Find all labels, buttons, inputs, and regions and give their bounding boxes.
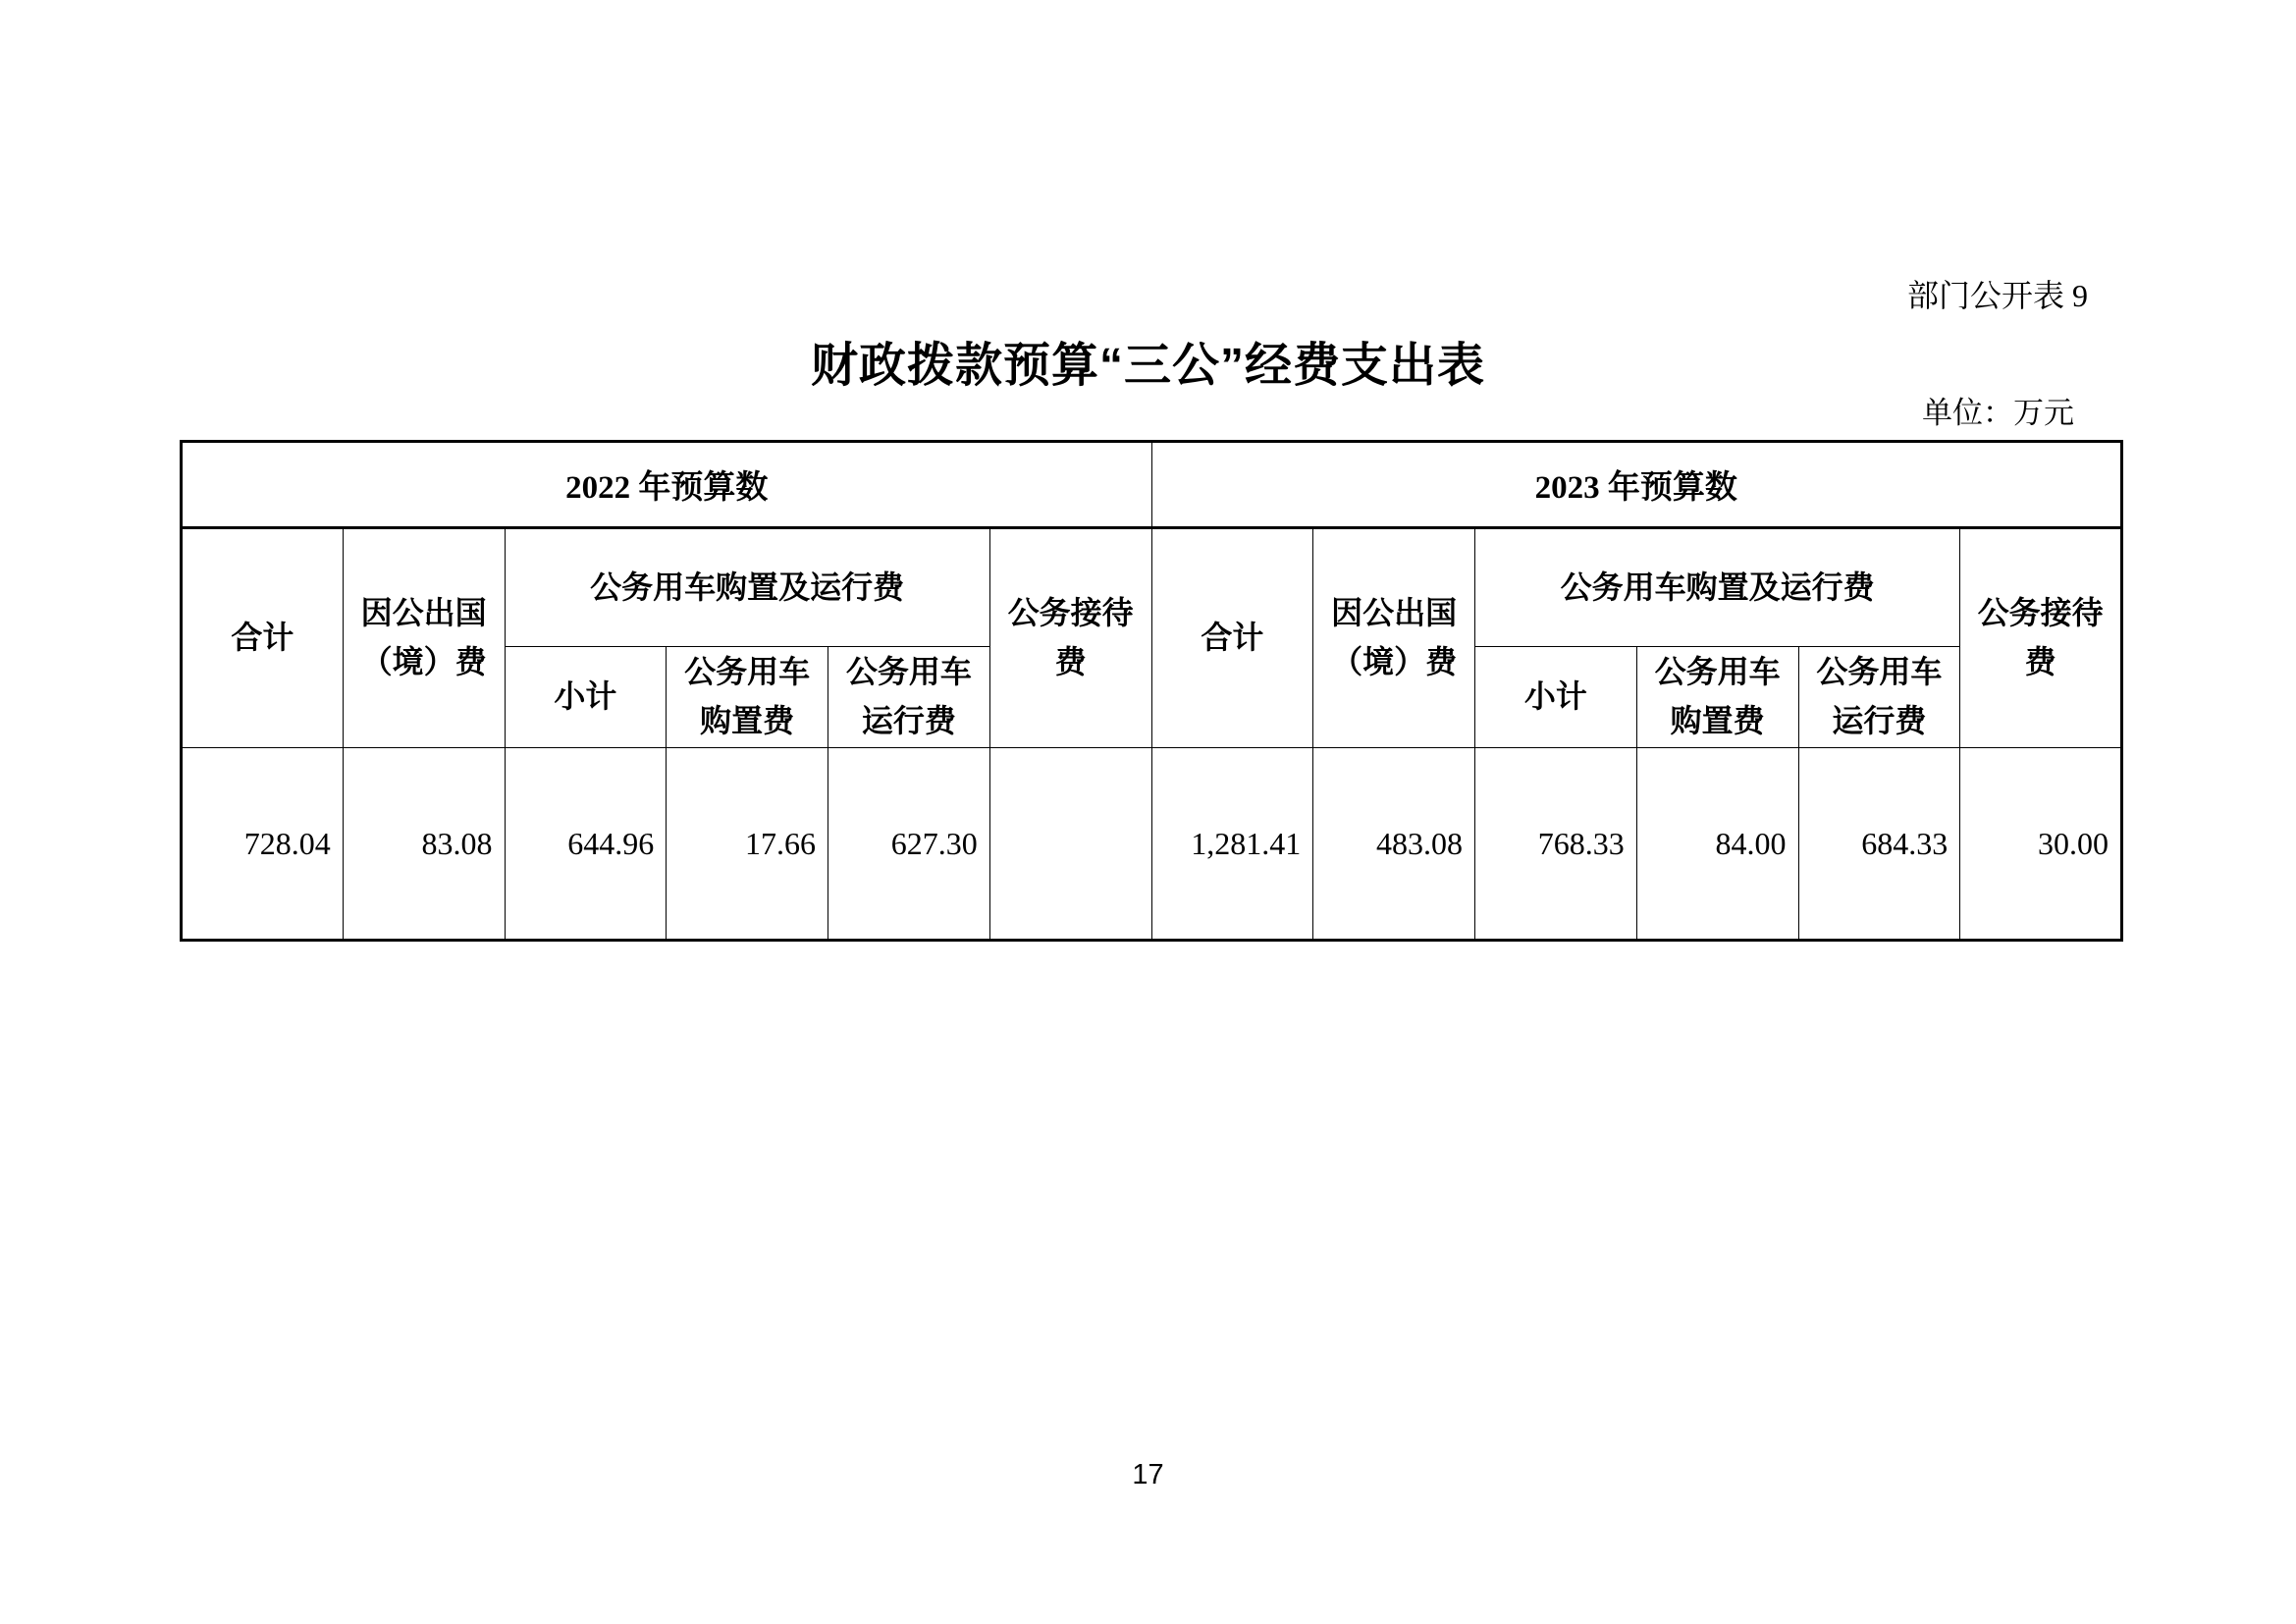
header-cell-vehicle-operation-2023: 公务用车 运行费 [1798, 647, 1960, 748]
data-cell-abroad-2023: 483.08 [1313, 748, 1475, 941]
column-header-row-top: 合计 因公出国 （境）费 公务用车购置及运行费 公务接待 费 合计 因公出国 （… [182, 528, 2122, 647]
header-cell-vehicle-operation-2022: 公务用车 运行费 [828, 647, 990, 748]
data-cell-reception-2023: 30.00 [1960, 748, 2122, 941]
document-page: 部门公开表 9 财政拨款预算“三公”经费支出表 单位：万元 2022 年预算数 … [0, 0, 2296, 1624]
data-cell-total-2022: 728.04 [182, 748, 344, 941]
header-cell-vehicle-subtotal-2022: 小计 [505, 647, 667, 748]
data-cell-abroad-2022: 83.08 [343, 748, 505, 941]
data-cell-vehicle-subtotal-2023: 768.33 [1475, 748, 1637, 941]
header-cell-vehicle-purchase-2023: 公务用车 购置费 [1636, 647, 1798, 748]
header-cell-total-2022: 合计 [182, 528, 344, 748]
three-public-expense-table: 2022 年预算数 2023 年预算数 合计 因公出国 （境）费 公务用车购置及… [180, 440, 2123, 942]
header-cell-abroad-2023: 因公出国 （境）费 [1313, 528, 1475, 748]
header-cell-vehicle-group-2022: 公务用车购置及运行费 [505, 528, 989, 647]
year-header-2023: 2023 年预算数 [1151, 442, 2122, 528]
data-cell-vehicle-purchase-2022: 17.66 [667, 748, 828, 941]
year-header-row: 2022 年预算数 2023 年预算数 [182, 442, 2122, 528]
header-cell-vehicle-group-2023: 公务用车购置及运行费 [1475, 528, 1960, 647]
data-row: 728.04 83.08 644.96 17.66 627.30 1,281.4… [182, 748, 2122, 941]
header-cell-reception-2022: 公务接待 费 [989, 528, 1151, 748]
header-cell-abroad-2022: 因公出国 （境）费 [343, 528, 505, 748]
data-cell-reception-2022 [989, 748, 1151, 941]
page-title: 财政拨款预算“三公”经费支出表 [0, 338, 2296, 395]
page-number: 17 [0, 1459, 2296, 1491]
year-header-2022: 2022 年预算数 [182, 442, 1152, 528]
header-cell-total-2023: 合计 [1151, 528, 1313, 748]
corner-table-number-label: 部门公开表 9 [1907, 279, 2088, 313]
data-cell-vehicle-purchase-2023: 84.00 [1636, 748, 1798, 941]
unit-label: 单位：万元 [1922, 397, 2074, 430]
data-cell-vehicle-operation-2023: 684.33 [1798, 748, 1960, 941]
data-cell-vehicle-subtotal-2022: 644.96 [505, 748, 667, 941]
header-cell-vehicle-purchase-2022: 公务用车 购置费 [667, 647, 828, 748]
data-cell-total-2023: 1,281.41 [1151, 748, 1313, 941]
data-cell-vehicle-operation-2022: 627.30 [828, 748, 990, 941]
header-cell-vehicle-subtotal-2023: 小计 [1475, 647, 1637, 748]
header-cell-reception-2023: 公务接待 费 [1960, 528, 2122, 748]
